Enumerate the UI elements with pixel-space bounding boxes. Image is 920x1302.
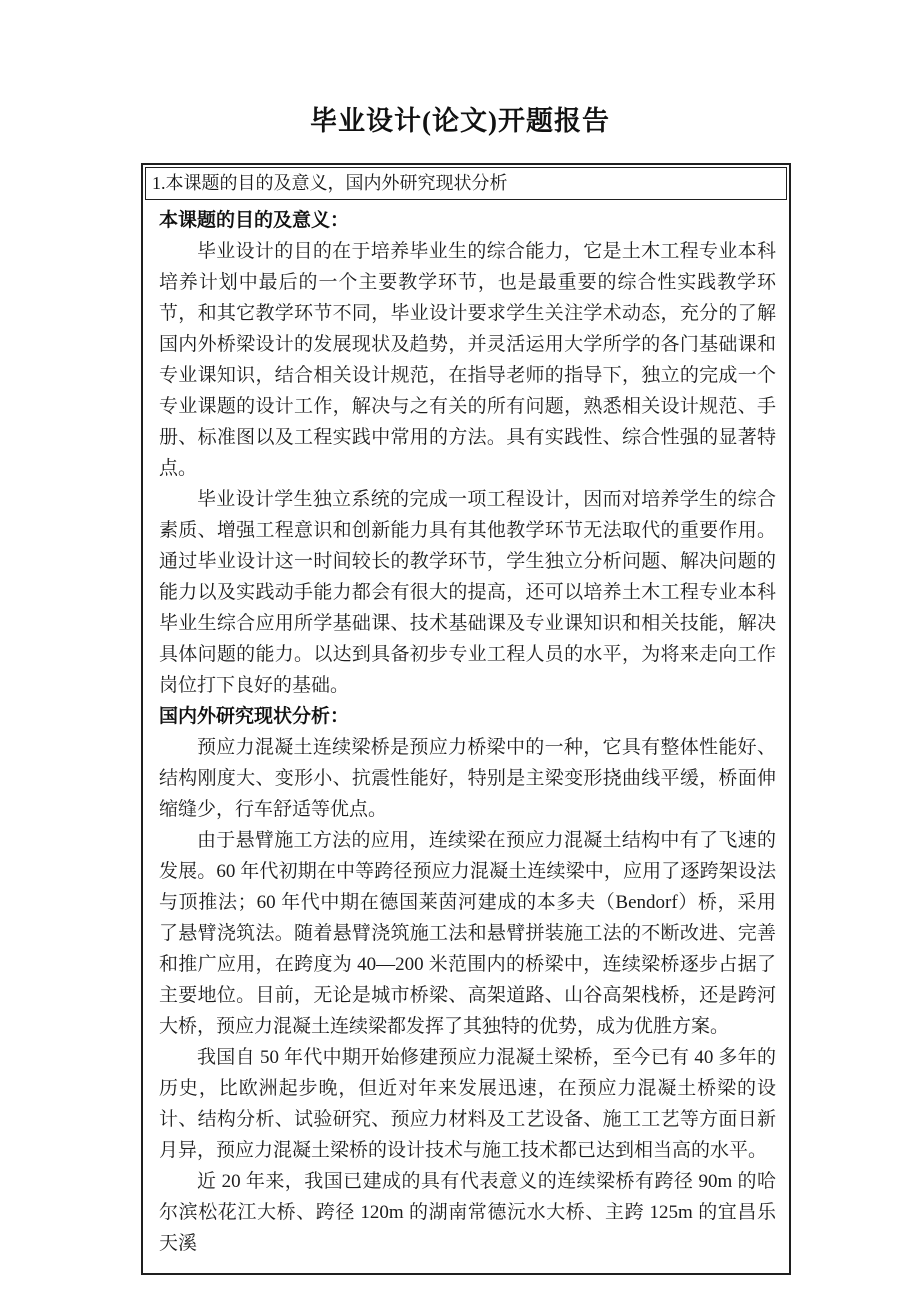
paragraph-purpose-2: 毕业设计学生独立系统的完成一项工程设计，因而对培养学生的综合素质、增强工程意识和… — [159, 484, 776, 701]
paragraph-research-4: 近 20 年来，我国已建成的具有代表意义的连续梁桥有跨径 90m 的哈尔滨松花江… — [159, 1166, 776, 1259]
report-box: 1.本课题的目的及意义，国内外研究现状分析 本课题的目的及意义： 毕业设计的目的… — [141, 163, 791, 1275]
subheading-purpose-and-significance: 本课题的目的及意义： — [159, 205, 776, 236]
paragraph-research-1: 预应力混凝土连续梁桥是预应力桥梁中的一种，它具有整体性能好、结构刚度大、变形小、… — [159, 732, 776, 825]
document-title: 毕业设计(论文)开题报告 — [0, 0, 920, 138]
paragraph-research-2: 由于悬臂施工方法的应用，连续梁在预应力混凝土结构中有了飞速的发展。60 年代初期… — [159, 825, 776, 1042]
section-1-header: 1.本课题的目的及意义，国内外研究现状分析 — [145, 167, 787, 200]
paragraph-research-3: 我国自 50 年代中期开始修建预应力混凝土梁桥，至今已有 40 多年的历史，比欧… — [159, 1042, 776, 1166]
subheading-research-status: 国内外研究现状分析： — [159, 701, 776, 732]
report-body: 本课题的目的及意义： 毕业设计的目的在于培养毕业生的综合能力，它是土木工程专业本… — [143, 200, 789, 1273]
paragraph-purpose-1: 毕业设计的目的在于培养毕业生的综合能力，它是土木工程专业本科培养计划中最后的一个… — [159, 236, 776, 484]
document-page: 毕业设计(论文)开题报告 1.本课题的目的及意义，国内外研究现状分析 本课题的目… — [0, 0, 920, 1302]
